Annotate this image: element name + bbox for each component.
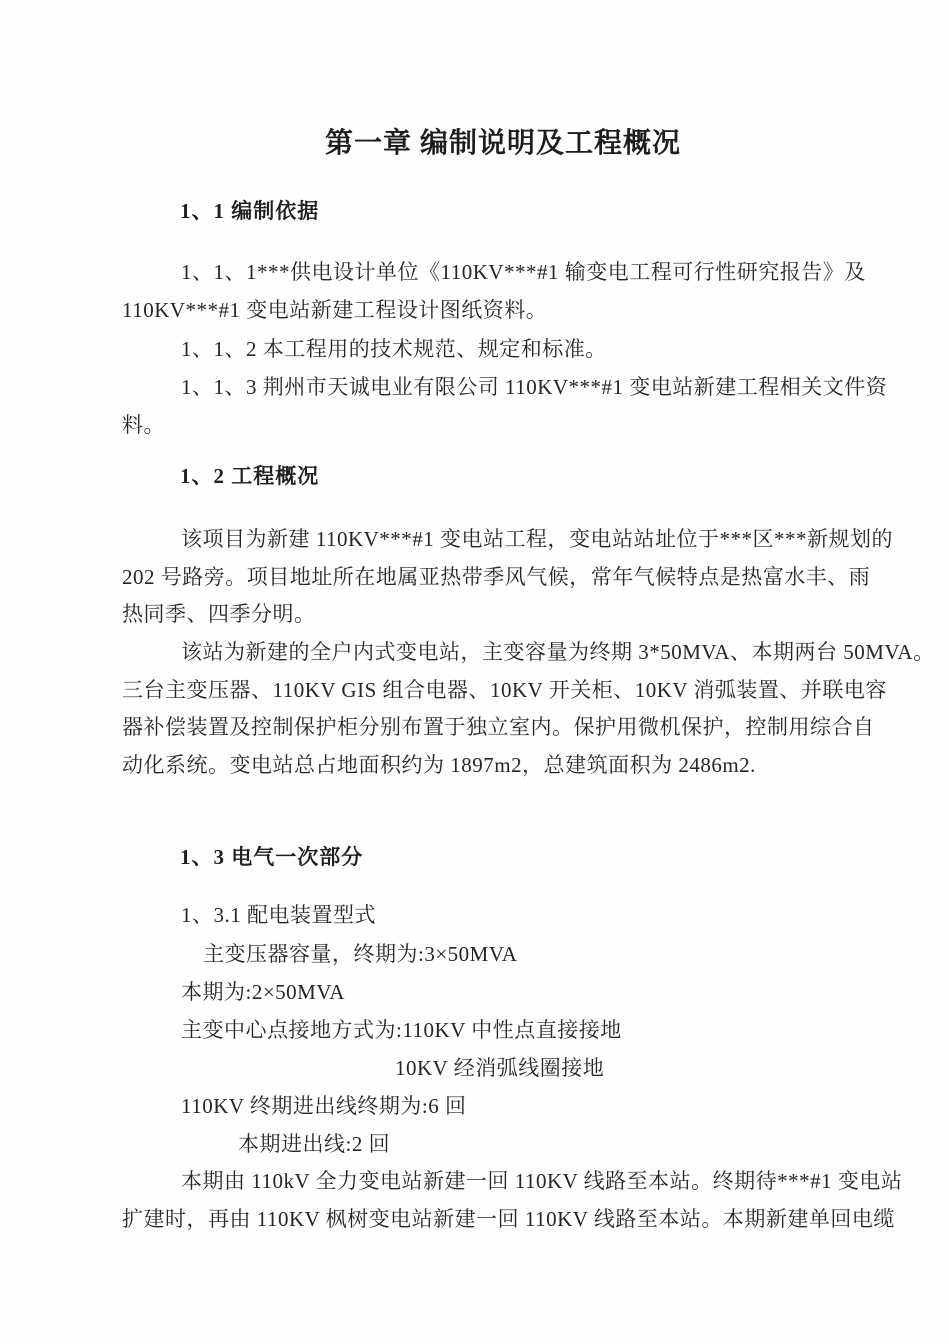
paragraph-line: 110KV***#1 变电站新建工程设计图纸资料。 — [122, 297, 547, 324]
section-1-3-heading: 1、3 电气一次部分 — [180, 844, 363, 871]
paragraph-line: 1、1、1***供电设计单位《110KV***#1 输变电工程可行性研究报告》及 — [181, 259, 866, 286]
paragraph-line: 202 号路旁。项目地址所在地属亚热带季风气候，常年气候特点是热富水丰、雨 — [122, 564, 870, 591]
paragraph-line: 料。 — [122, 412, 165, 439]
paragraph-line: 本期进出线:2 回 — [238, 1131, 390, 1158]
paragraph-line: 该项目为新建 110KV***#1 变电站工程，变电站站址位于***区***新规… — [181, 526, 893, 553]
paragraph-line: 110KV 终期进出线终期为:6 回 — [181, 1093, 467, 1120]
paragraph-line: 本期由 110kV 全力变电站新建一回 110KV 线路至本站。终期待***#1… — [181, 1168, 902, 1195]
paragraph-line: 主变中心点接地方式为:110KV 中性点直接接地 — [181, 1017, 622, 1044]
paragraph-line: 该站为新建的全户内式变电站，主变容量为终期 3*50MVA、本期两台 50MVA… — [181, 639, 935, 666]
paragraph-line: 10KV 经消弧线圈接地 — [395, 1055, 604, 1082]
paragraph-line: 1、3.1 配电装置型式 — [181, 902, 376, 929]
section-1-1-heading: 1、1 编制依据 — [180, 198, 319, 225]
paragraph-line: 扩建时，再由 110KV 枫树变电站新建一回 110KV 线路至本站。本期新建单… — [122, 1206, 895, 1233]
paragraph-line: 本期为:2×50MVA — [181, 979, 345, 1006]
paragraph-line: 热同季、四季分明。 — [122, 601, 316, 628]
paragraph-line: 动化系统。变电站总占地面积约为 1897m2，总建筑面积为 2486m2. — [122, 752, 756, 779]
paragraph-line: 器补偿装置及控制保护柜分别布置于独立室内。保护用微机保护，控制用综合自 — [122, 714, 875, 741]
paragraph-line: 1、1、3 荆州市天诚电业有限公司 110KV***#1 变电站新建工程相关文件… — [181, 374, 887, 401]
section-1-2-heading: 1、2 工程概况 — [180, 463, 319, 490]
paragraph-line: 1、1、2 本工程用的技术规范、规定和标准。 — [181, 336, 607, 363]
paragraph-line: 三台主变压器、110KV GIS 组合电器、10KV 开关柜、10KV 消弧装置… — [122, 677, 887, 704]
document-page: 第一章 编制说明及工程概况 1、1 编制依据 1、1、1***供电设计单位《11… — [0, 0, 950, 1343]
paragraph-line: 主变压器容量，终期为:3×50MVA — [203, 941, 517, 968]
chapter-title: 第一章 编制说明及工程概况 — [56, 121, 950, 161]
